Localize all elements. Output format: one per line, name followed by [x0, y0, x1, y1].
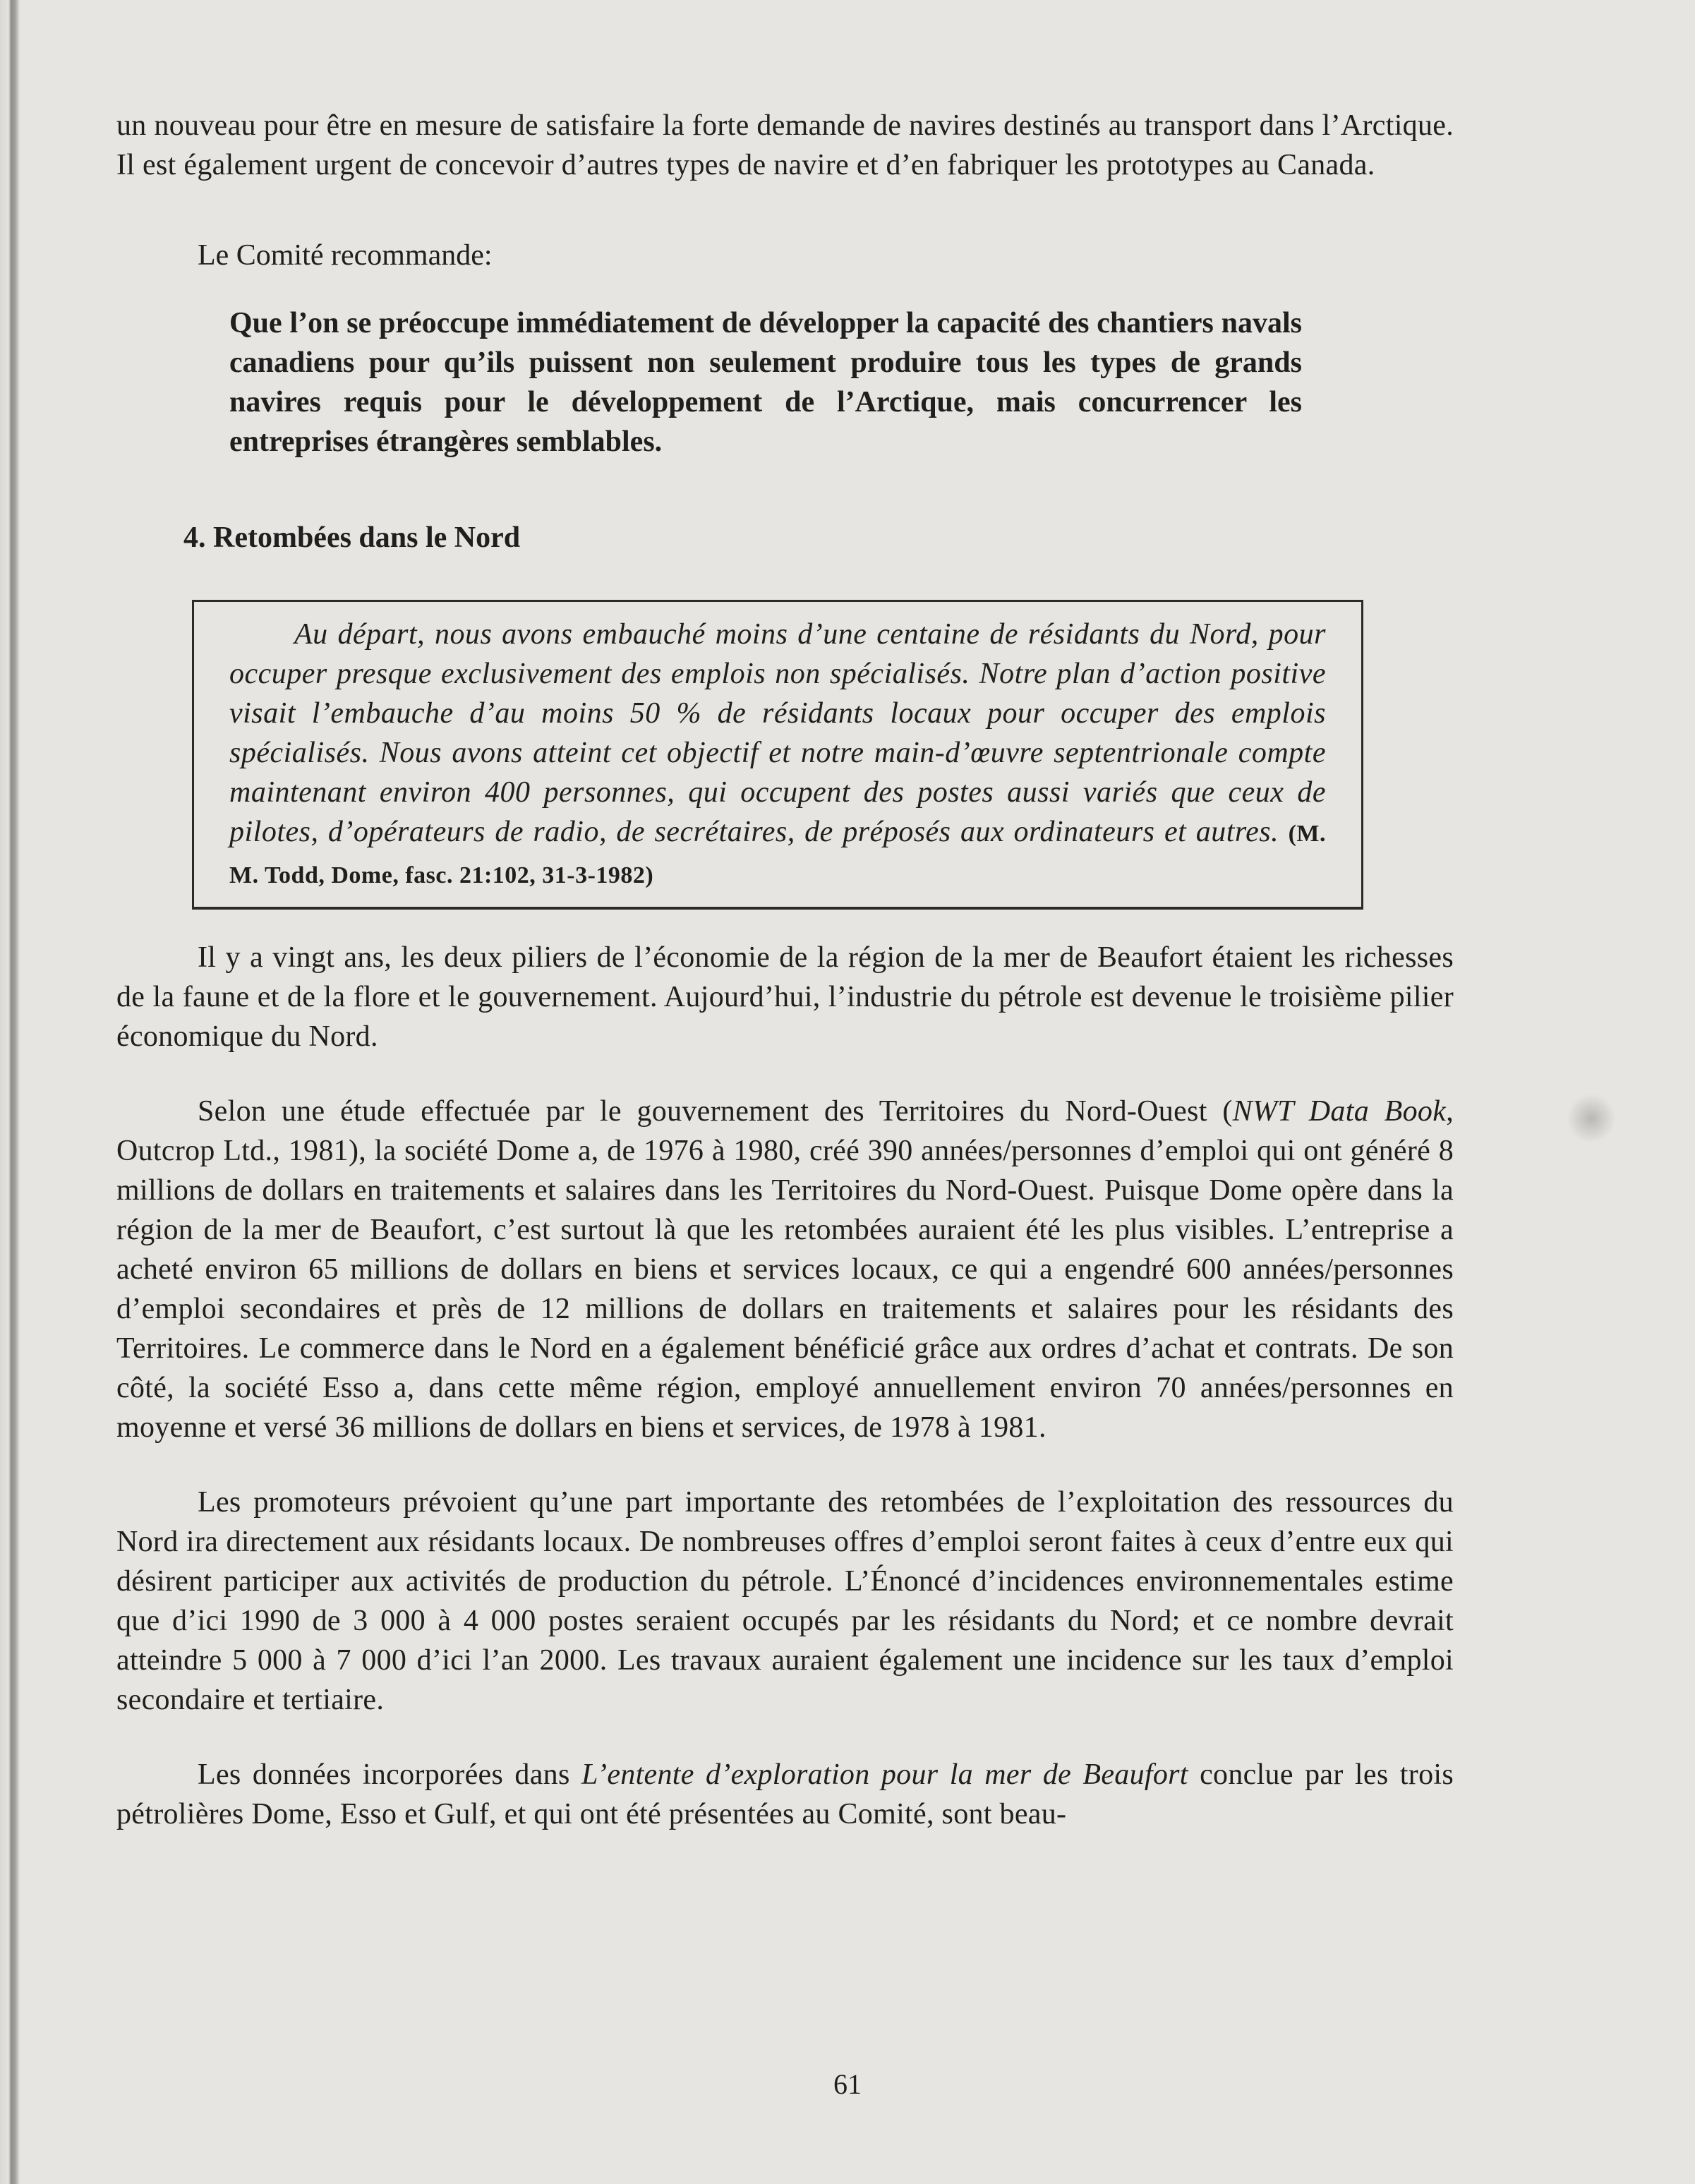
study-rest: , Outcrop Ltd., 1981), la société Dome a…: [116, 1095, 1454, 1444]
recommendation-text: Que l’on se préoccupe immédiatement de d…: [229, 303, 1302, 461]
study-title: NWT Data Book: [1233, 1095, 1447, 1128]
recommendation-intro: Le Comité recommande:: [116, 236, 1454, 275]
paragraph-promoters: Les promoteurs prévoient qu’une part imp…: [116, 1483, 1454, 1720]
testimony-quote-box: Au départ, nous avons embauché moins d’u…: [192, 600, 1363, 910]
data-title: L’entente d’exploration pour la mer de B…: [581, 1758, 1188, 1791]
quote-text: Au départ, nous avons embauché moins d’u…: [229, 615, 1326, 895]
data-prefix: Les données incorporées dans: [198, 1758, 581, 1791]
page-content: un nouveau pour être en mesure de satisf…: [116, 106, 1454, 1834]
paragraph-pillars: Il y a vingt ans, les deux piliers de l’…: [116, 938, 1454, 1056]
paragraph-study: Selon une étude effectuée par le gouvern…: [116, 1092, 1454, 1447]
page-number: 61: [0, 2068, 1695, 2101]
quote-body: Au départ, nous avons embauché moins d’u…: [229, 618, 1326, 848]
paper-stain: [1567, 1094, 1616, 1143]
section-heading: 4. Retombées dans le Nord: [116, 518, 1454, 557]
opening-paragraph: un nouveau pour être en mesure de satisf…: [116, 106, 1454, 185]
paragraph-data: Les données incorporées dans L’entente d…: [116, 1755, 1454, 1834]
study-prefix: Selon une étude effectuée par le gouvern…: [198, 1095, 1233, 1128]
page-binding-edge: [0, 0, 21, 2184]
